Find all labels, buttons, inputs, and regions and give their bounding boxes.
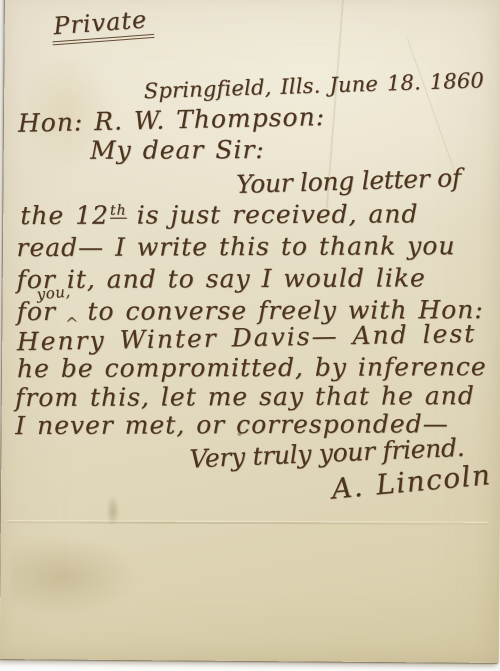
recipient-line: Hon: R. W. Thompson: — [18, 104, 326, 137]
letter-paper: Private Springfield, Ills. June 18. 1860… — [0, 0, 500, 663]
body-line-3: read— I write this to thank you — [16, 233, 455, 261]
body-line-6: Henry Winter Davis— And lest — [17, 321, 477, 356]
body-line-9: I never met, or corresponded— — [15, 411, 449, 439]
body-line-7: he be compromitted, by inference — [17, 354, 487, 382]
letter-photograph: Private Springfield, Ills. June 18. 1860… — [0, 0, 500, 671]
private-label: Private — [50, 7, 154, 46]
body-line-5-word: for — [17, 297, 56, 326]
body-line-2-end: is just received, and — [137, 199, 419, 229]
body-line-8: from this, let me say that he and — [15, 383, 475, 411]
handwritten-text: Private Springfield, Ills. June 18. 1860… — [1, 0, 500, 662]
body-line-2-start: the 12 — [20, 201, 109, 230]
body-line-4: for it, and to say I would like — [17, 265, 426, 293]
salutation-line: My dear Sir: — [90, 137, 265, 164]
body-line-2: the 12this just received, and — [20, 201, 418, 229]
ordinal-superscript: th — [110, 204, 127, 219]
body-line-1: Your long letter of — [236, 165, 461, 198]
signature: A. Lincoln — [330, 460, 492, 504]
dateline: Springfield, Ills. June 18. 1860 — [143, 69, 484, 102]
